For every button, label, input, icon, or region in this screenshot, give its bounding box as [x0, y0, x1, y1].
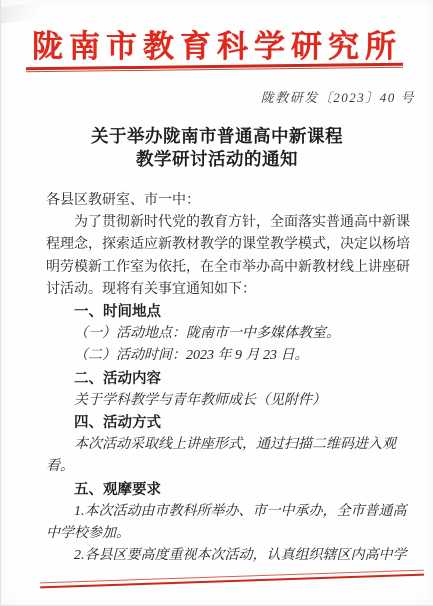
paragraph-line: 讨活动。现将有关事宜通知如下： — [46, 279, 411, 301]
paragraph-line: 为了贯彻新时代党的教育方针，全面落实普通高中新课 — [46, 212, 411, 234]
paragraph-line: 程理念，探索适应新教材教学的课堂教学模式，决定以杨培 — [46, 234, 411, 256]
requirement-line: 中学校参加。 — [46, 523, 411, 545]
activity-location-line: （一）活动地点：陇南市一中多媒体教室。 — [46, 323, 411, 345]
activity-date-line: （二）活动时间：2023 年 9 月 23 日。 — [46, 345, 411, 367]
activity-format-line: 本次活动采取线上讲座形式，通过扫描二维码进入观 — [46, 434, 411, 456]
section-heading-format: 四、活动方式 — [46, 412, 411, 434]
section-heading-time-place: 一、时间地点 — [46, 301, 411, 323]
requirement-line: 1.本次活动由市教科所举办、市一中承办，全市普通高 — [46, 501, 411, 523]
document-number: 陇教研发〔2023〕40 号 — [261, 87, 415, 106]
paragraph-line: 明劳模新工作室为依托，在全市举办高中新教材线上讲座研 — [46, 257, 411, 279]
letterhead-org-name: 陇南市教育科学研究所 — [1, 21, 433, 66]
section-heading-content: 二、活动内容 — [46, 368, 411, 390]
scanned-official-document: 陇南市教育科学研究所 陇教研发〔2023〕40 号 关于举办陇南市普通高中新课程… — [0, 0, 433, 606]
salutation-line: 各县区教研室、市一中： — [46, 190, 411, 212]
activity-content-line: 关于学科教学与青年教师成长（见附件） — [46, 390, 411, 412]
activity-format-line: 看。 — [46, 456, 411, 478]
document-body: 各县区教研室、市一中： 为了贯彻新时代党的教育方针，全面落实普通高中新课 程理念… — [46, 190, 411, 567]
requirement-line: 2.各县区要高度重视本次活动，认真组织辖区内高中学 — [46, 545, 411, 567]
section-heading-requirements: 五、观摩要求 — [46, 479, 411, 501]
document-title-line2: 教学研讨活动的通知 — [1, 148, 433, 171]
page-footer-divider — [40, 570, 424, 588]
document-title-line1: 关于举办陇南市普通高中新课程 — [1, 125, 433, 148]
document-title: 关于举办陇南市普通高中新课程 教学研讨活动的通知 — [1, 125, 433, 171]
